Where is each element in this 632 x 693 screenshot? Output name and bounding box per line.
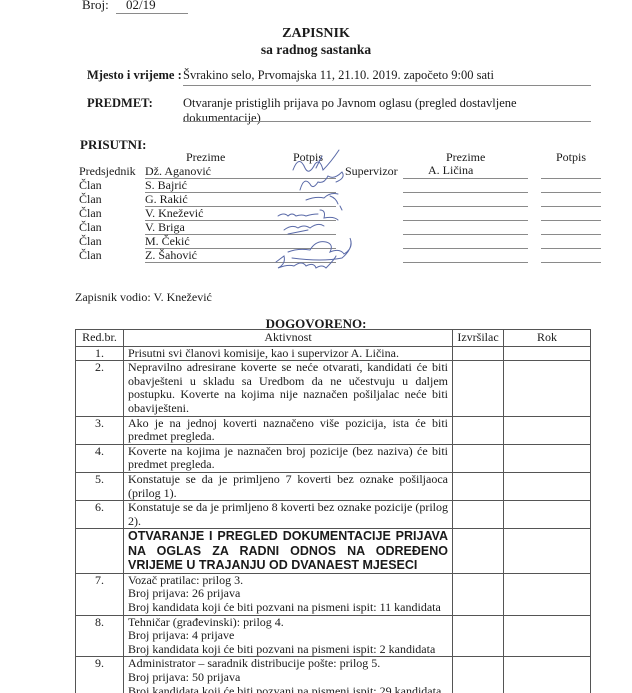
- member-name: M. Čekić: [145, 234, 280, 249]
- mjesto-label: Mjesto i vrijeme :: [87, 68, 182, 83]
- member-name: Z. Šahović: [145, 248, 280, 263]
- table-row: 7.Vozač pratilac: prilog 3.Broj prijava:…: [76, 573, 591, 615]
- rok-cell: [504, 346, 591, 361]
- supervisor-signature-line: [541, 248, 601, 249]
- prisutni-heading: PRISUTNI:: [80, 137, 146, 153]
- izvrsilac-cell: [453, 501, 504, 529]
- supervisor-name-line: [403, 206, 528, 207]
- supervisor-name: A. Ličina: [428, 163, 473, 178]
- rok-cell: [504, 529, 591, 574]
- member-role: Član: [79, 234, 102, 249]
- predmet-label: PREDMET:: [87, 96, 153, 111]
- signature-line: [278, 234, 336, 235]
- rok-cell: [504, 657, 591, 693]
- supervisor-name-line: [403, 262, 528, 263]
- name-line: [145, 262, 280, 263]
- column-header: Aktivnost: [124, 330, 453, 347]
- activity-text: Nepravilno adresirane koverte se neće ot…: [124, 361, 453, 416]
- member-role: Član: [79, 220, 102, 235]
- izvrsilac-cell: [453, 444, 504, 472]
- supervisor-signature-line: [541, 192, 601, 193]
- document-subtitle: sa radnog sastanka: [0, 42, 632, 58]
- member-role: Član: [79, 178, 102, 193]
- activity-text: Prisutni svi članovi komisije, kao i sup…: [124, 346, 453, 361]
- table-row: 9.Administrator – saradnik distribucije …: [76, 657, 591, 693]
- activity-text: Konstatuje se da je primljeno 7 koverti …: [124, 472, 453, 500]
- member-role: Član: [79, 248, 102, 263]
- row-number: 4.: [76, 444, 124, 472]
- table-row: 3.Ako je na jednoj koverti naznačeno viš…: [76, 416, 591, 444]
- rok-cell: [504, 615, 591, 657]
- col-prezime: Prezime: [186, 150, 225, 165]
- broj-field: Broj: 02/19: [82, 0, 188, 14]
- izvrsilac-cell: [453, 346, 504, 361]
- supervisor-name-line: [403, 234, 528, 235]
- document-title: ZAPISNIK: [0, 26, 632, 42]
- member-name: G. Rakić: [145, 192, 280, 207]
- supervisor-col-potpis: Potpis: [556, 150, 586, 165]
- rok-cell: [504, 573, 591, 615]
- col-potpis: Potpis: [293, 150, 323, 165]
- member-name: V. Briga: [145, 220, 280, 235]
- supervisor-signature-line: [541, 220, 601, 221]
- signature-line: [278, 206, 336, 207]
- member-name: Dž. Aganović: [145, 164, 280, 179]
- izvrsilac-cell: [453, 573, 504, 615]
- member-name: S. Bajrić: [145, 178, 280, 193]
- table-row: 6.Konstatuje se da je primljeno 8 kovert…: [76, 501, 591, 529]
- signature-line: [278, 192, 336, 193]
- rok-cell: [504, 416, 591, 444]
- rok-cell: [504, 444, 591, 472]
- activity-text: Koverte na kojima je naznačen broj pozic…: [124, 444, 453, 472]
- member-role: Član: [79, 206, 102, 221]
- supervisor-signature-line: [541, 262, 601, 263]
- izvrsilac-cell: [453, 615, 504, 657]
- signature-line: [278, 248, 336, 249]
- izvrsilac-cell: [453, 472, 504, 500]
- izvrsilac-cell: [453, 416, 504, 444]
- table-header-row: Red.br. Aktivnost Izvršilac Rok: [76, 330, 591, 347]
- broj-value: 02/19: [116, 0, 188, 14]
- rok-cell: [504, 361, 591, 416]
- column-header: Izvršilac: [453, 330, 504, 347]
- activity-text: Ako je na jednoj koverti naznačeno više …: [124, 416, 453, 444]
- supervisor-name-line: [403, 248, 528, 249]
- izvrsilac-cell: [453, 657, 504, 693]
- row-number: 8.: [76, 615, 124, 657]
- row-number: 7.: [76, 573, 124, 615]
- member-role: Član: [79, 192, 102, 207]
- table-row: 5.Konstatuje se da je primljeno 7 kovert…: [76, 472, 591, 500]
- activity-text: Tehničar (građevinski): prilog 4.Broj pr…: [124, 615, 453, 657]
- supervisor-name-line: [403, 192, 528, 193]
- dogovoreno-table: Red.br. Aktivnost Izvršilac Rok 1.Prisut…: [75, 329, 591, 693]
- izvrsilac-cell: [453, 529, 504, 574]
- section-heading: OTVARANJE I PREGLED DOKUMENTACIJE PRIJAV…: [124, 529, 453, 574]
- activity-text: Konstatuje se da je primljeno 8 koverti …: [124, 501, 453, 529]
- signature-line: [278, 220, 336, 221]
- row-number: 9.: [76, 657, 124, 693]
- rok-cell: [504, 501, 591, 529]
- row-number: 3.: [76, 416, 124, 444]
- row-number: 5.: [76, 472, 124, 500]
- supervisor-signature-line: [541, 206, 601, 207]
- broj-label: Broj:: [82, 0, 109, 12]
- supervisor-name-line: [403, 178, 528, 179]
- member-name: V. Knežević: [145, 206, 280, 221]
- supervisor-signature-line: [541, 234, 601, 235]
- predmet-line: [183, 121, 591, 122]
- row-number: 6.: [76, 501, 124, 529]
- table-row: 8.Tehničar (građevinski): prilog 4.Broj …: [76, 615, 591, 657]
- row-number: 1.: [76, 346, 124, 361]
- activity-text: Vozač pratilac: prilog 3.Broj prijava: 2…: [124, 573, 453, 615]
- row-number: 2.: [76, 361, 124, 416]
- zapisnik-vodio: Zapisnik vodio: V. Knežević: [75, 290, 212, 305]
- column-header: Red.br.: [76, 330, 124, 347]
- table-row: 4.Koverte na kojima je naznačen broj poz…: [76, 444, 591, 472]
- table-row: 2.Nepravilno adresirane koverte se neće …: [76, 361, 591, 416]
- izvrsilac-cell: [453, 361, 504, 416]
- member-role: Predsjednik: [79, 164, 136, 179]
- signature-line: [278, 262, 336, 263]
- supervisor-name-line: [403, 220, 528, 221]
- row-number: [76, 529, 124, 574]
- rok-cell: [504, 472, 591, 500]
- mjesto-value: Švrakino selo, Prvomajska 11, 21.10. 201…: [183, 68, 591, 86]
- supervisor-label: Supervizor: [345, 164, 398, 179]
- supervisor-signature-line: [541, 178, 601, 179]
- column-header: Rok: [504, 330, 591, 347]
- table-row: 1.Prisutni svi članovi komisije, kao i s…: [76, 346, 591, 361]
- table-row: OTVARANJE I PREGLED DOKUMENTACIJE PRIJAV…: [76, 529, 591, 574]
- signature-line: [278, 178, 336, 179]
- activity-text: Administrator – saradnik distribucije po…: [124, 657, 453, 693]
